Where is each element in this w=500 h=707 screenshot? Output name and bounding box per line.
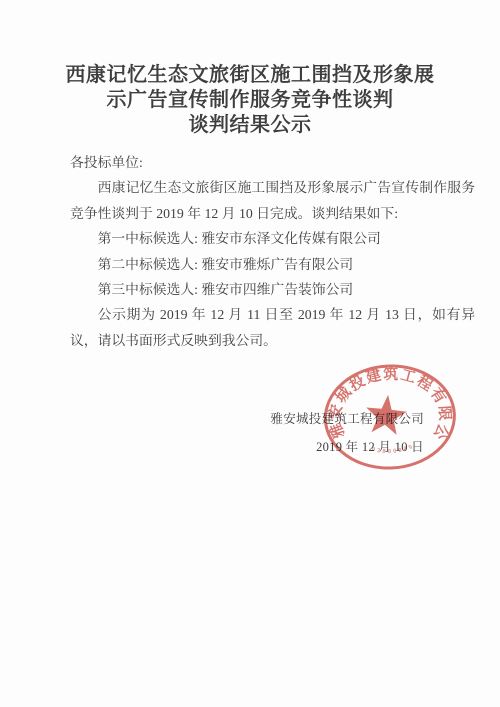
document-page: 西康记忆生态文旅街区施工围挡及形象展 示广告宣传制作服务竞争性谈判 谈判结果公示… (0, 0, 500, 707)
signature-block: 雅安城投建筑工程有限公司 2019 年 12 月 10 日 (270, 406, 424, 461)
document-body: 各投标单位: 西康记忆生态文旅街区施工围挡及形象展示广告宣传制作服务竞争性谈判于… (70, 150, 475, 353)
candidate-line-1: 第一中标候选人: 雅安市东泽文化传媒有限公司 (70, 226, 475, 251)
candidate-line-2: 第二中标候选人: 雅安市雅烁广告有限公司 (70, 252, 475, 277)
title-line-2: 示广告宣传制作服务竞争性谈判 (40, 88, 460, 113)
notice-paragraph: 公示期为 2019 年 12 月 11 日至 2019 年 12 月 13 日，… (70, 302, 475, 353)
salutation: 各投标单位: (70, 150, 475, 175)
title-line-1: 西康记忆生态文旅街区施工围挡及形象展 (40, 63, 460, 88)
candidate-line-3: 第三中标候选人: 雅安市四维广告装饰公司 (70, 277, 475, 302)
signature-date: 2019 年 12 月 10 日 (270, 434, 424, 462)
title-line-3: 谈判结果公示 (40, 113, 460, 138)
intro-paragraph: 西康记忆生态文旅街区施工围挡及形象展示广告宣传制作服务竞争性谈判于 2019 年… (70, 175, 475, 226)
signature-company: 雅安城投建筑工程有限公司 (270, 406, 424, 434)
document-title: 西康记忆生态文旅街区施工围挡及形象展 示广告宣传制作服务竞争性谈判 谈判结果公示 (40, 63, 460, 138)
